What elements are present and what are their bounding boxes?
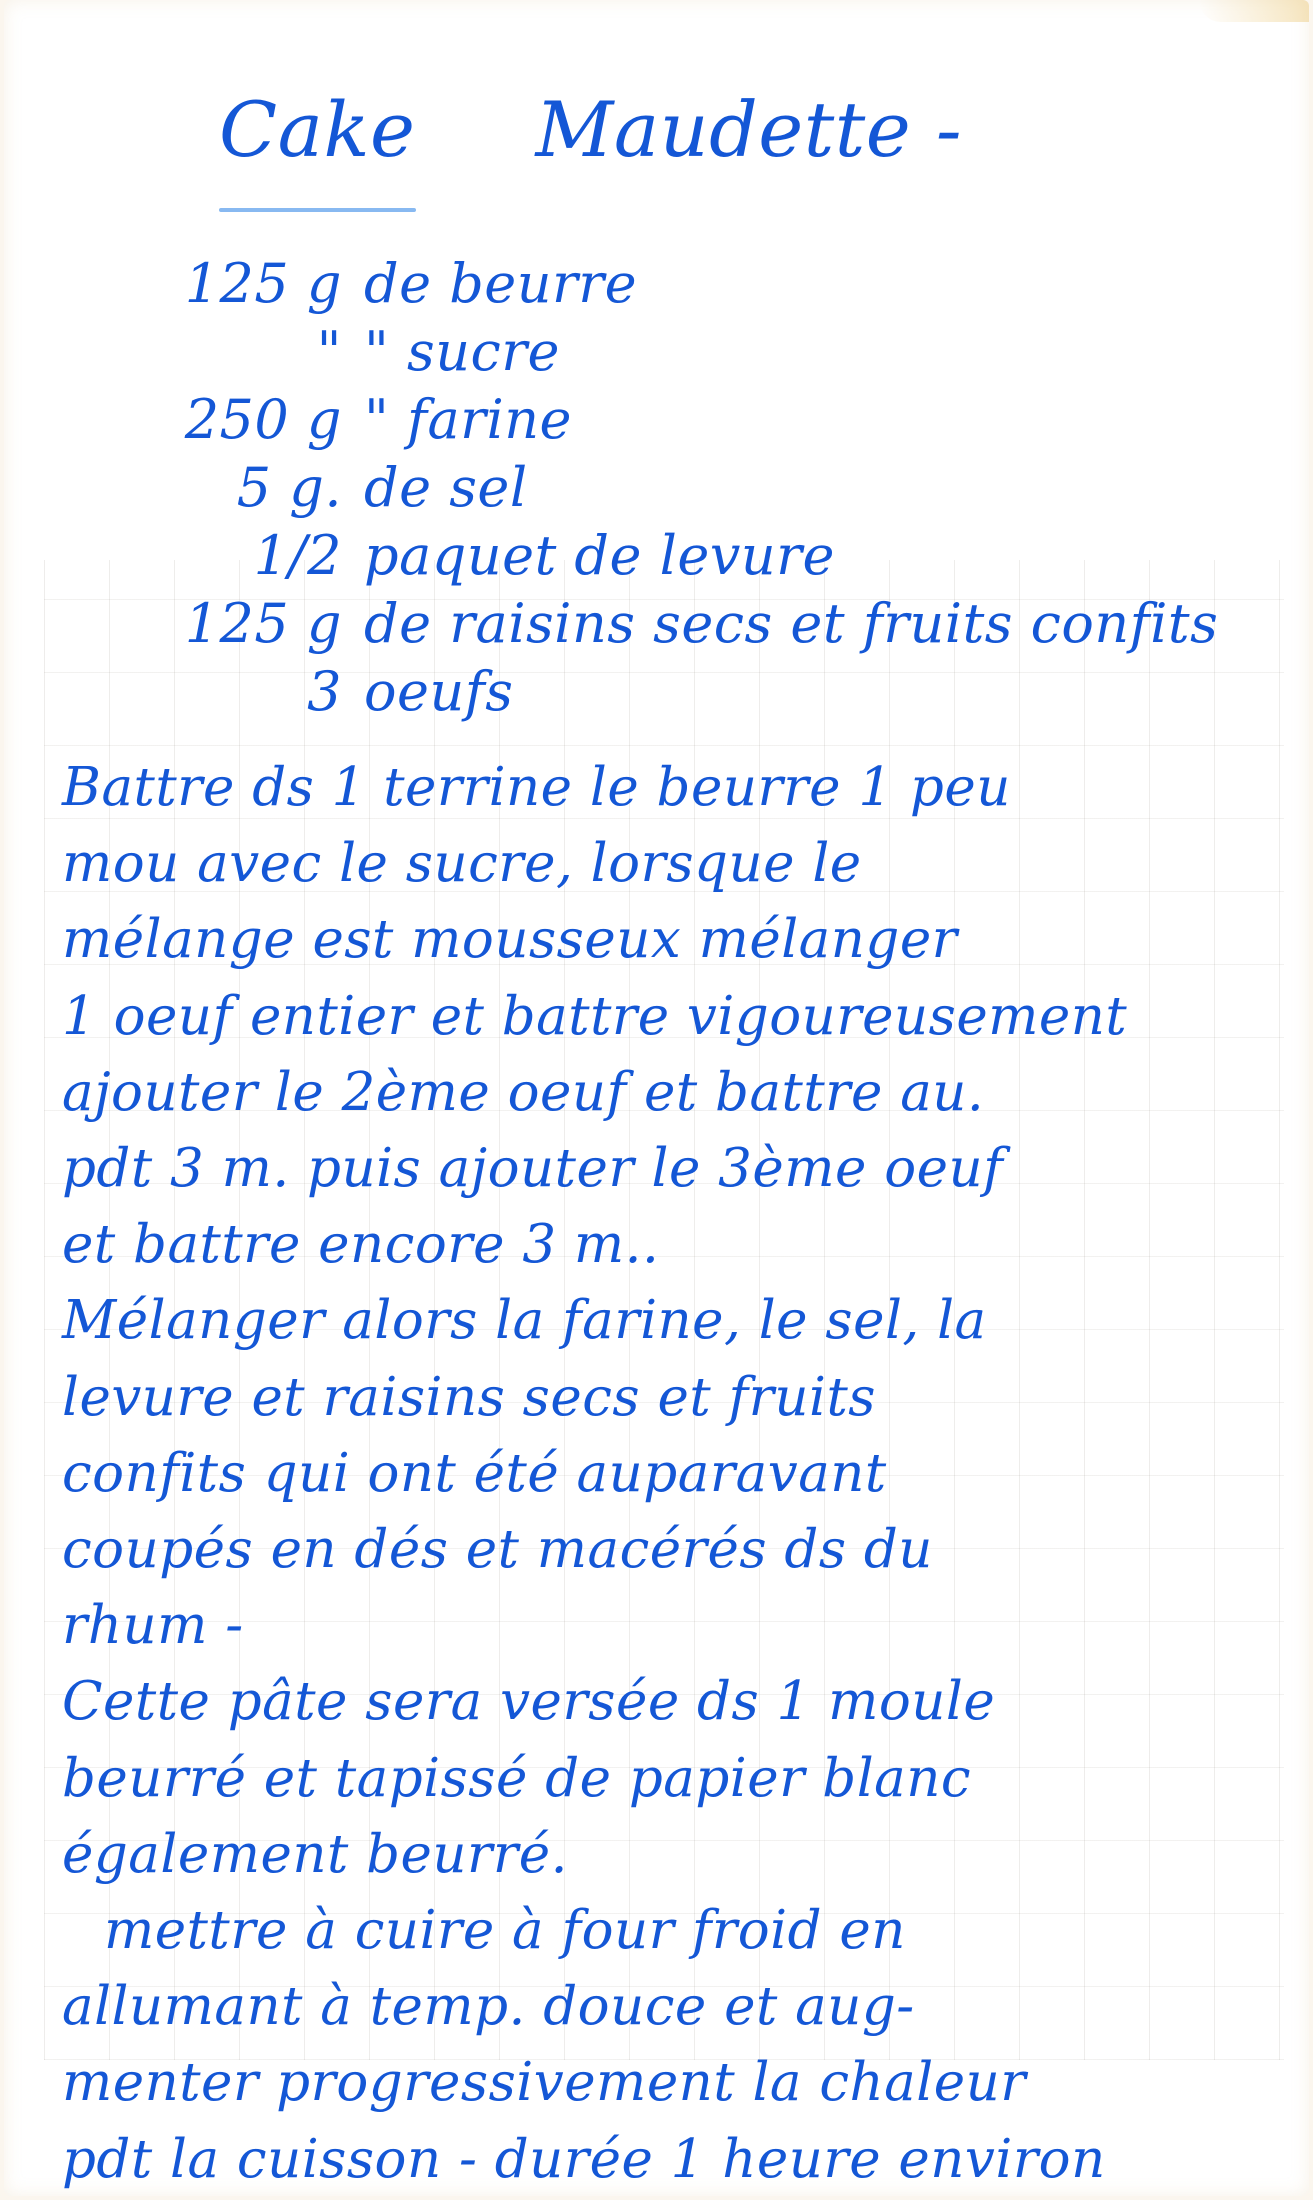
instruction-line: allumant à temp. douce et aug- bbox=[62, 1969, 1127, 2045]
ingredient-row: 250 g" farine bbox=[112, 386, 1218, 454]
ingredient-row: 5 g.de sel bbox=[112, 454, 1218, 522]
instruction-line: pdt 3 m. puis ajouter le 3ème oeuf bbox=[62, 1131, 1127, 1207]
title-word-cake: Cake bbox=[219, 85, 416, 174]
instruction-line: coupés en dés et macérés ds du bbox=[62, 1512, 1127, 1588]
instruction-line: menter progressivement la chaleur bbox=[62, 2045, 1127, 2121]
ingredient-row: 125 gde raisins secs et fruits confits bbox=[112, 590, 1218, 658]
ingredient-row: "" sucre bbox=[112, 318, 1218, 386]
instruction-line: levure et raisins secs et fruits bbox=[62, 1360, 1127, 1436]
ingredient-list: 125 gde beurre "" sucre 250 g" farine 5 … bbox=[112, 250, 1218, 726]
instruction-line: Cette pâte sera versée ds 1 moule bbox=[62, 1664, 1127, 1740]
recipe-title: CakeMaudette - bbox=[219, 85, 962, 174]
instruction-line: Battre ds 1 terrine le beurre 1 peu bbox=[62, 750, 1127, 826]
ingredient-row: 1/2paquet de levure bbox=[112, 522, 1218, 590]
instruction-line: confits qui ont été auparavant bbox=[62, 1436, 1127, 1512]
instruction-line: beurré et tapissé de papier blanc bbox=[62, 1741, 1127, 1817]
instruction-line: mettre à cuire à four froid en bbox=[62, 1893, 1127, 1969]
instruction-line: Mélanger alors la farine, le sel, la bbox=[62, 1283, 1127, 1359]
instruction-line: ajouter le 2ème oeuf et battre au. bbox=[62, 1055, 1127, 1131]
title-word-maudette: Maudette - bbox=[536, 85, 963, 174]
ingredient-row: 3oeufs bbox=[112, 658, 1218, 726]
instruction-line: et battre encore 3 m.. bbox=[62, 1207, 1127, 1283]
instructions: Battre ds 1 terrine le beurre 1 peu mou … bbox=[62, 750, 1127, 2196]
instruction-line: 1 oeuf entier et battre vigoureusement bbox=[62, 979, 1127, 1055]
instruction-line: rhum - bbox=[62, 1588, 1127, 1664]
recipe-card: CakeMaudette - 125 gde beurre "" sucre 2… bbox=[4, 0, 1309, 2196]
paper-stain bbox=[1199, 0, 1309, 22]
instruction-line: pdt la cuisson - durée 1 heure environ bbox=[62, 2122, 1127, 2196]
instruction-line: également beurré. bbox=[62, 1817, 1127, 1893]
ingredient-row: 125 gde beurre bbox=[112, 250, 1218, 318]
instruction-line: mou avec le sucre, lorsque le bbox=[62, 826, 1127, 902]
instruction-line: mélange est mousseux mélanger bbox=[62, 902, 1127, 978]
